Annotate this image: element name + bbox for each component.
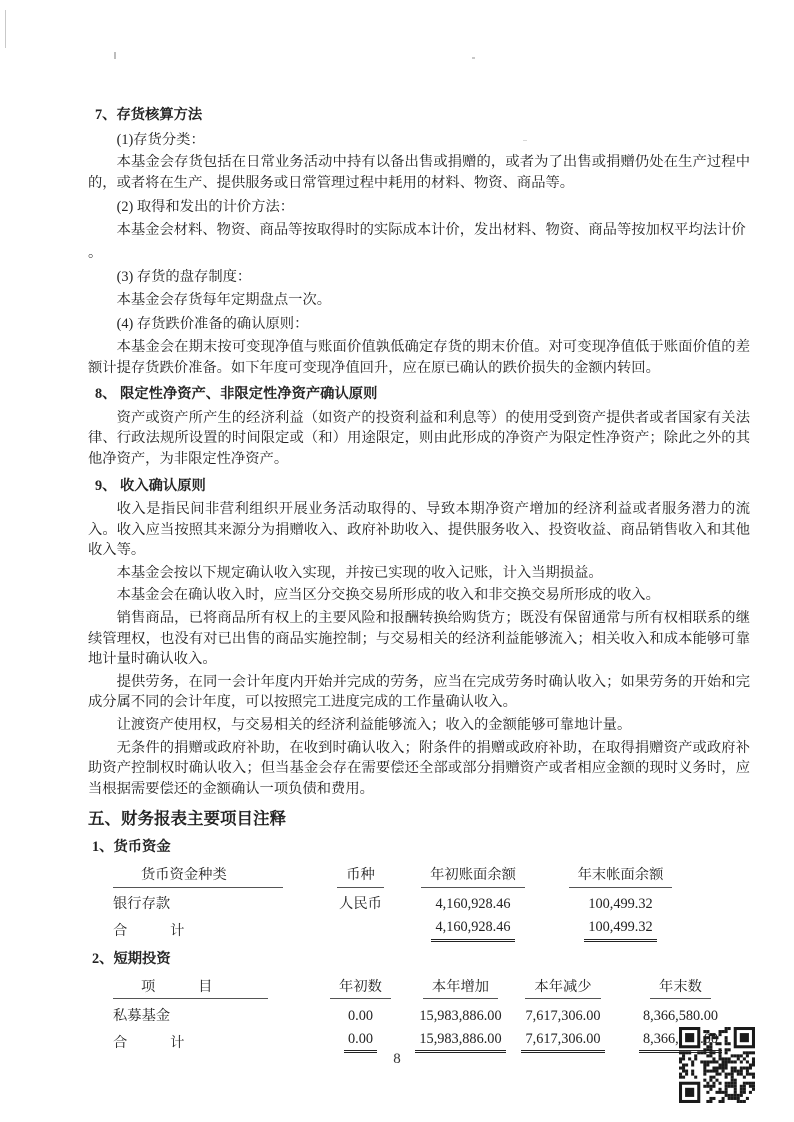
table-row: 银行存款 人民币 4,160,928.46 100,499.32 <box>88 888 750 915</box>
total-opening-amount: 0.00 <box>344 1029 377 1054</box>
column-header: 年初数 <box>330 977 391 1000</box>
total-label: 合 计 <box>88 921 313 942</box>
column-header: 本年增加 <box>423 977 498 1000</box>
paragraph: 本基金会材料、物资、商品等按取得时的实际成本计价，发出材料、物资、商品等按加权平… <box>88 220 750 241</box>
decrease-amount: 7,617,306.00 <box>513 1006 613 1027</box>
paragraph: 本基金会按以下规定确认收入实现，并按已实现的收入记账，计入当期损益。 <box>88 563 750 584</box>
table-header-row: 货币资金种类 币种 年初账面余额 年末帐面余额 <box>88 861 750 888</box>
currency-value: 人民币 <box>313 894 408 915</box>
monetary-funds-table: 货币资金种类 币种 年初账面余额 年末帐面余额 银行存款 人民币 4,160,9… <box>88 861 750 942</box>
scan-edge-artifact <box>5 10 6 48</box>
row-label: 银行存款 <box>88 894 313 915</box>
paragraph: 无条件的捐赠或政府补助，在收到时确认收入；附条件的捐赠或政府补助，在取得捐赠资产… <box>88 738 750 800</box>
increase-amount: 15,983,886.00 <box>408 1006 513 1027</box>
row-label: 私募基金 <box>88 1006 313 1027</box>
document-page: 7、存货核算方法 (1)存货分类： 本基金会存货包括在日常业务活动中持有以备出售… <box>0 0 794 1122</box>
scan-speck <box>472 57 475 59</box>
paragraph-period: 。 <box>88 243 750 264</box>
document-body: 7、存货核算方法 (1)存货分类： 本基金会存货包括在日常业务活动中持有以备出售… <box>88 99 750 1059</box>
column-header: 年初账面余额 <box>421 865 525 888</box>
paragraph: 本基金会在期末按可变现净值与账面价值孰低确定存货的期末价值。对可变现净值低于账面… <box>88 337 750 378</box>
paragraph: 本基金会在确认收入时，应当区分交换交易所形成的收入和非交换交易所形成的收入。 <box>88 585 750 606</box>
column-header: 年末帐面余额 <box>569 865 673 888</box>
opening-balance: 4,160,928.46 <box>408 894 538 915</box>
qr-code-icon <box>679 1027 755 1103</box>
item-inventory-classification: (1)存货分类： <box>88 130 750 151</box>
heading-monetary-funds: 1、货币资金 <box>92 837 750 858</box>
heading-revenue-recognition: 9、 收入确认原则 <box>95 476 750 497</box>
total-decrease-amount: 7,617,306.00 <box>521 1029 604 1054</box>
scan-speck <box>114 52 116 59</box>
column-header: 年末数 <box>650 977 711 1000</box>
paragraph: 收入是指民间非营利组织开展业务活动取得的、导致本期净资产增加的经济利益或者服务潜… <box>88 499 750 561</box>
column-header: 项 目 <box>113 977 268 1000</box>
heading-statement-notes: 五、财务报表主要项目注释 <box>88 809 750 830</box>
opening-amount: 0.00 <box>313 1006 408 1027</box>
closing-amount: 8,366,580.00 <box>613 1006 748 1027</box>
short-term-investment-table: 项 目 年初数 本年增加 本年减少 年末数 私募基金 0.00 15,983,8… <box>88 972 750 1053</box>
column-header: 币种 <box>337 865 384 888</box>
item-impairment-provision: (4) 存货跌价准备的确认原则： <box>88 314 750 335</box>
item-stocktaking-system: (3) 存货的盘存制度： <box>88 267 750 288</box>
total-increase-amount: 15,983,886.00 <box>415 1029 505 1054</box>
table-total-row: 合 计 0.00 15,983,886.00 7,617,306.00 8,36… <box>88 1026 750 1053</box>
heading-restricted-net-assets: 8、 限定性净资产、非限定性净资产确认原则 <box>95 384 750 405</box>
column-header: 货币资金种类 <box>113 865 283 888</box>
total-opening-balance: 4,160,928.46 <box>431 917 514 942</box>
paragraph: 提供劳务，在同一会计年度内开始并完成的劳务，应当在完成劳务时确认收入；如果劳务的… <box>88 672 750 713</box>
table-total-row: 合 计 4,160,928.46 100,499.32 <box>88 915 750 942</box>
paragraph: 资产或资产所产生的经济利益（如资产的投资利益和利息等）的使用受到资产提供者或者国… <box>88 408 750 470</box>
item-valuation-method: (2) 取得和发出的计价方法： <box>88 197 750 218</box>
paragraph: 让渡资产使用权，与交易相关的经济利益能够流入；收入的金额能够可靠地计量。 <box>88 715 750 736</box>
paragraph: 本基金会存货每年定期盘点一次。 <box>88 290 750 311</box>
table-row: 私募基金 0.00 15,983,886.00 7,617,306.00 8,3… <box>88 999 750 1026</box>
paragraph: 本基金会存货包括在日常业务活动中持有以备出售或捐赠的，或者为了出售或捐赠仍处在生… <box>88 152 750 193</box>
table-header-row: 项 目 年初数 本年增加 本年减少 年末数 <box>88 972 750 999</box>
heading-short-term-investment: 2、短期投资 <box>92 949 750 970</box>
page-number: 8 <box>0 1051 794 1068</box>
heading-inventory-method: 7、存货核算方法 <box>95 105 750 126</box>
paragraph: 销售商品，已将商品所有权上的主要风险和报酬转换给购货方；既没有保留通常与所有权相… <box>88 608 750 670</box>
column-header: 本年减少 <box>525 977 600 1000</box>
closing-balance: 100,499.32 <box>538 894 703 915</box>
total-closing-balance: 100,499.32 <box>584 917 656 942</box>
